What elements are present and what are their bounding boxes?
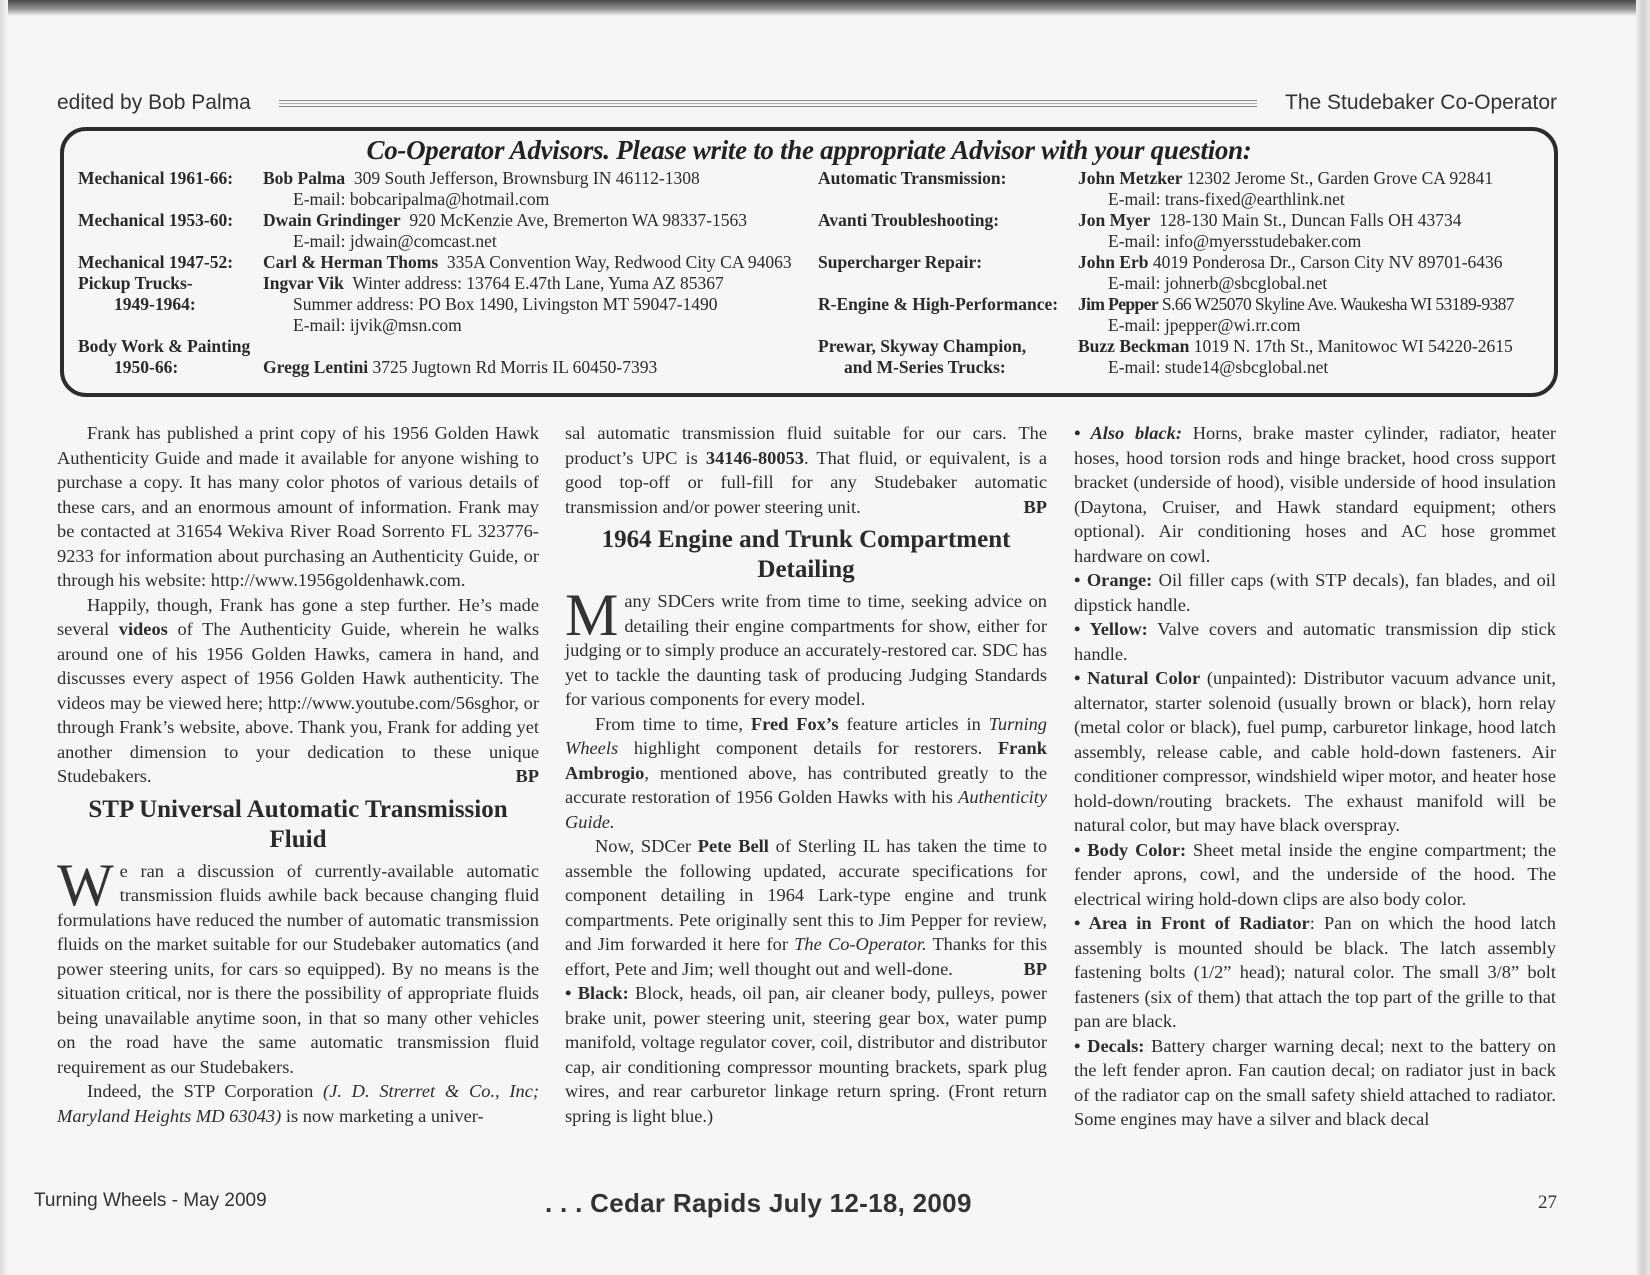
advisor-entry: Automatic Transmission: John Metzker 123… bbox=[818, 168, 1538, 210]
footer-publication: Turning Wheels - May 2009 bbox=[34, 1190, 267, 1212]
advisor-name: Jim Pepper bbox=[1078, 294, 1158, 314]
advisor-name: Dwain Grindinger bbox=[263, 210, 401, 230]
spec-item-decals: • Decals: Battery charger warning decal;… bbox=[1074, 1034, 1556, 1132]
advisor-email[interactable]: E-mail: jdwain@comcast.net bbox=[263, 231, 747, 252]
spec-item-natural-color: • Natural Color (unpainted): Distributor… bbox=[1074, 666, 1556, 838]
advisor-entry: Mechanical 1961-66: Bob Palma 309 South … bbox=[78, 168, 818, 210]
advisor-email[interactable]: E-mail: stude14@sbcglobal.net bbox=[1078, 357, 1513, 378]
advisor-category: Avanti Troubleshooting: bbox=[818, 210, 1078, 252]
advisor-entry: Avanti Troubleshooting: Jon Myer 128-130… bbox=[818, 210, 1538, 252]
advisor-email[interactable]: E-mail: ijvik@msn.com bbox=[263, 315, 724, 336]
advisor-name: Gregg Lentini bbox=[263, 357, 368, 377]
paragraph: From time to time, Fred Fox’s feature ar… bbox=[565, 712, 1047, 835]
advisors-box: Co-Operator Advisors. Please write to th… bbox=[60, 127, 1558, 397]
headline-engine-detailing: 1964 Engine and Trunk Compartment Detail… bbox=[565, 525, 1047, 585]
paragraph: We ran a discussion of currently-availab… bbox=[57, 859, 539, 1080]
advisor-entry: Prewar, Skyway Champion, and M-Series Tr… bbox=[818, 336, 1538, 378]
advisor-address: S.66 W25070 Skyline Ave. Waukesha WI 531… bbox=[1162, 294, 1514, 314]
header-column-title: The Studebaker Co-Operator bbox=[1285, 91, 1557, 115]
paragraph: Indeed, the STP Corporation (J. D. Strer… bbox=[57, 1079, 539, 1128]
running-header: edited by Bob Palma The Studebaker Co-Op… bbox=[57, 88, 1557, 118]
advisor-entry: Body Work & Painting 1950-66: Gregg Lent… bbox=[78, 336, 818, 378]
advisor-name: Bob Palma bbox=[263, 168, 345, 188]
advisors-right-column: Automatic Transmission: John Metzker 123… bbox=[818, 168, 1538, 378]
author-signature: BP bbox=[1023, 495, 1047, 520]
advisor-category: Supercharger Repair: bbox=[818, 252, 1078, 294]
header-editor-credit: edited by Bob Palma bbox=[57, 91, 251, 115]
advisor-category: Automatic Transmission: bbox=[818, 168, 1078, 210]
advisor-email[interactable]: E-mail: trans-fixed@earthlink.net bbox=[1078, 189, 1493, 210]
spec-item-also-black: • Also black: Horns, brake master cylind… bbox=[1074, 421, 1556, 568]
advisor-name: Carl & Herman Thoms bbox=[263, 252, 438, 272]
spec-item-body-color: • Body Color: Sheet metal inside the eng… bbox=[1074, 838, 1556, 912]
advisor-category: Mechanical 1961-66: bbox=[78, 168, 263, 210]
advisor-name: John Erb bbox=[1078, 252, 1149, 272]
advisor-category: Pickup Trucks- 1949-1964: bbox=[78, 273, 263, 336]
author-signature: BP bbox=[485, 764, 539, 789]
advisor-address: Winter address: 13764 E.47th Lane, Yuma … bbox=[352, 273, 723, 293]
page-gutter-edge bbox=[1636, 0, 1650, 1275]
upc-code: 34146-80053 bbox=[706, 448, 804, 468]
spec-item-black: • Black: Block, heads, oil pan, air clea… bbox=[565, 981, 1047, 1128]
page-left-edge bbox=[0, 0, 8, 1275]
advisor-address: 4019 Ponderosa Dr., Carson City NV 89701… bbox=[1153, 252, 1503, 272]
paragraph: Happily, though, Frank has gone a step f… bbox=[57, 593, 539, 789]
page-number: 27 bbox=[1538, 1192, 1557, 1214]
drop-cap: M bbox=[565, 593, 618, 637]
advisor-category: Mechanical 1953-60: bbox=[78, 210, 263, 252]
article-column-3: • Also black: Horns, brake master cylind… bbox=[1074, 421, 1556, 1132]
advisor-email[interactable]: E-mail: info@myersstudebaker.com bbox=[1078, 231, 1462, 252]
advisor-address: 920 McKenzie Ave, Bremerton WA 98337-156… bbox=[409, 210, 747, 230]
spec-item-yellow: • Yellow: Valve covers and automatic tra… bbox=[1074, 617, 1556, 666]
spec-item-orange: • Orange: Oil filler caps (with STP deca… bbox=[1074, 568, 1556, 617]
advisor-name: Buzz Beckman bbox=[1078, 336, 1189, 356]
footer-event-banner: . . . Cedar Rapids July 12-18, 2009 bbox=[545, 1188, 972, 1219]
advisor-address: 12302 Jerome St., Garden Grove CA 92841 bbox=[1187, 168, 1493, 188]
advisor-entry: Mechanical 1953-60: Dwain Grindinger 920… bbox=[78, 210, 818, 252]
advisor-category: Body Work & Painting bbox=[78, 336, 263, 357]
advisor-address: 128-130 Main St., Duncan Falls OH 43734 bbox=[1159, 210, 1461, 230]
advisor-entry: Pickup Trucks- 1949-1964: Ingvar Vik Win… bbox=[78, 273, 818, 336]
article-column-2: sal automatic transmission fluid suitabl… bbox=[565, 421, 1047, 1128]
advisor-name: John Metzker bbox=[1078, 168, 1183, 188]
paragraph: Many SDCers write from time to time, see… bbox=[565, 589, 1047, 712]
author-signature: BP bbox=[993, 957, 1047, 982]
paragraph: Frank has published a print copy of his … bbox=[57, 421, 539, 593]
advisor-category: R-Engine & High-Performance: bbox=[818, 294, 1078, 336]
advisor-category: Mechanical 1947-52: bbox=[78, 252, 263, 273]
advisor-name: Ingvar Vik bbox=[263, 273, 344, 293]
advisor-entry: R-Engine & High-Performance: Jim Pepper … bbox=[818, 294, 1538, 336]
advisor-entry: Supercharger Repair: John Erb 4019 Ponde… bbox=[818, 252, 1538, 294]
article-column-1: Frank has published a print copy of his … bbox=[57, 421, 539, 1128]
header-rule bbox=[279, 100, 1257, 107]
advisors-left-column: Mechanical 1961-66: Bob Palma 309 South … bbox=[78, 168, 818, 378]
spec-item-area-front-radiator: • Area in Front of Radiator: Pan on whic… bbox=[1074, 911, 1556, 1034]
advisor-email[interactable]: E-mail: jpepper@wi.rr.com bbox=[1078, 315, 1514, 336]
advisors-title: Co-Operator Advisors. Please write to th… bbox=[78, 135, 1540, 166]
advisor-address: 335A Convention Way, Redwood City CA 940… bbox=[447, 252, 792, 272]
advisor-category: Prewar, Skyway Champion, and M-Series Tr… bbox=[818, 336, 1078, 378]
advisor-email[interactable]: E-mail: bobcaripalma@hotmail.com bbox=[263, 189, 700, 210]
paragraph: sal automatic transmission fluid suitabl… bbox=[565, 421, 1047, 519]
drop-cap: W bbox=[57, 863, 114, 907]
advisor-address: 1019 N. 17th St., Manitowoc WI 54220-261… bbox=[1194, 336, 1513, 356]
advisor-address: 309 South Jefferson, Brownsburg IN 46112… bbox=[354, 168, 700, 188]
advisor-entry: Mechanical 1947-52: Carl & Herman Thoms … bbox=[78, 252, 818, 273]
bold-videos: videos bbox=[119, 619, 168, 639]
advisor-email[interactable]: E-mail: johnerb@sbcglobal.net bbox=[1078, 273, 1503, 294]
advisor-name: Jon Myer bbox=[1078, 210, 1150, 230]
page-top-shadow bbox=[0, 0, 1650, 16]
paragraph: Now, SDCer Pete Bell of Sterling IL has … bbox=[565, 834, 1047, 981]
advisor-address: 3725 Jugtown Rd Morris IL 60450-7393 bbox=[373, 357, 658, 377]
advisor-address-summer: Summer address: PO Box 1490, Livingston … bbox=[263, 294, 724, 315]
headline-stp-fluid: STP Universal Automatic Transmission Flu… bbox=[57, 795, 539, 855]
